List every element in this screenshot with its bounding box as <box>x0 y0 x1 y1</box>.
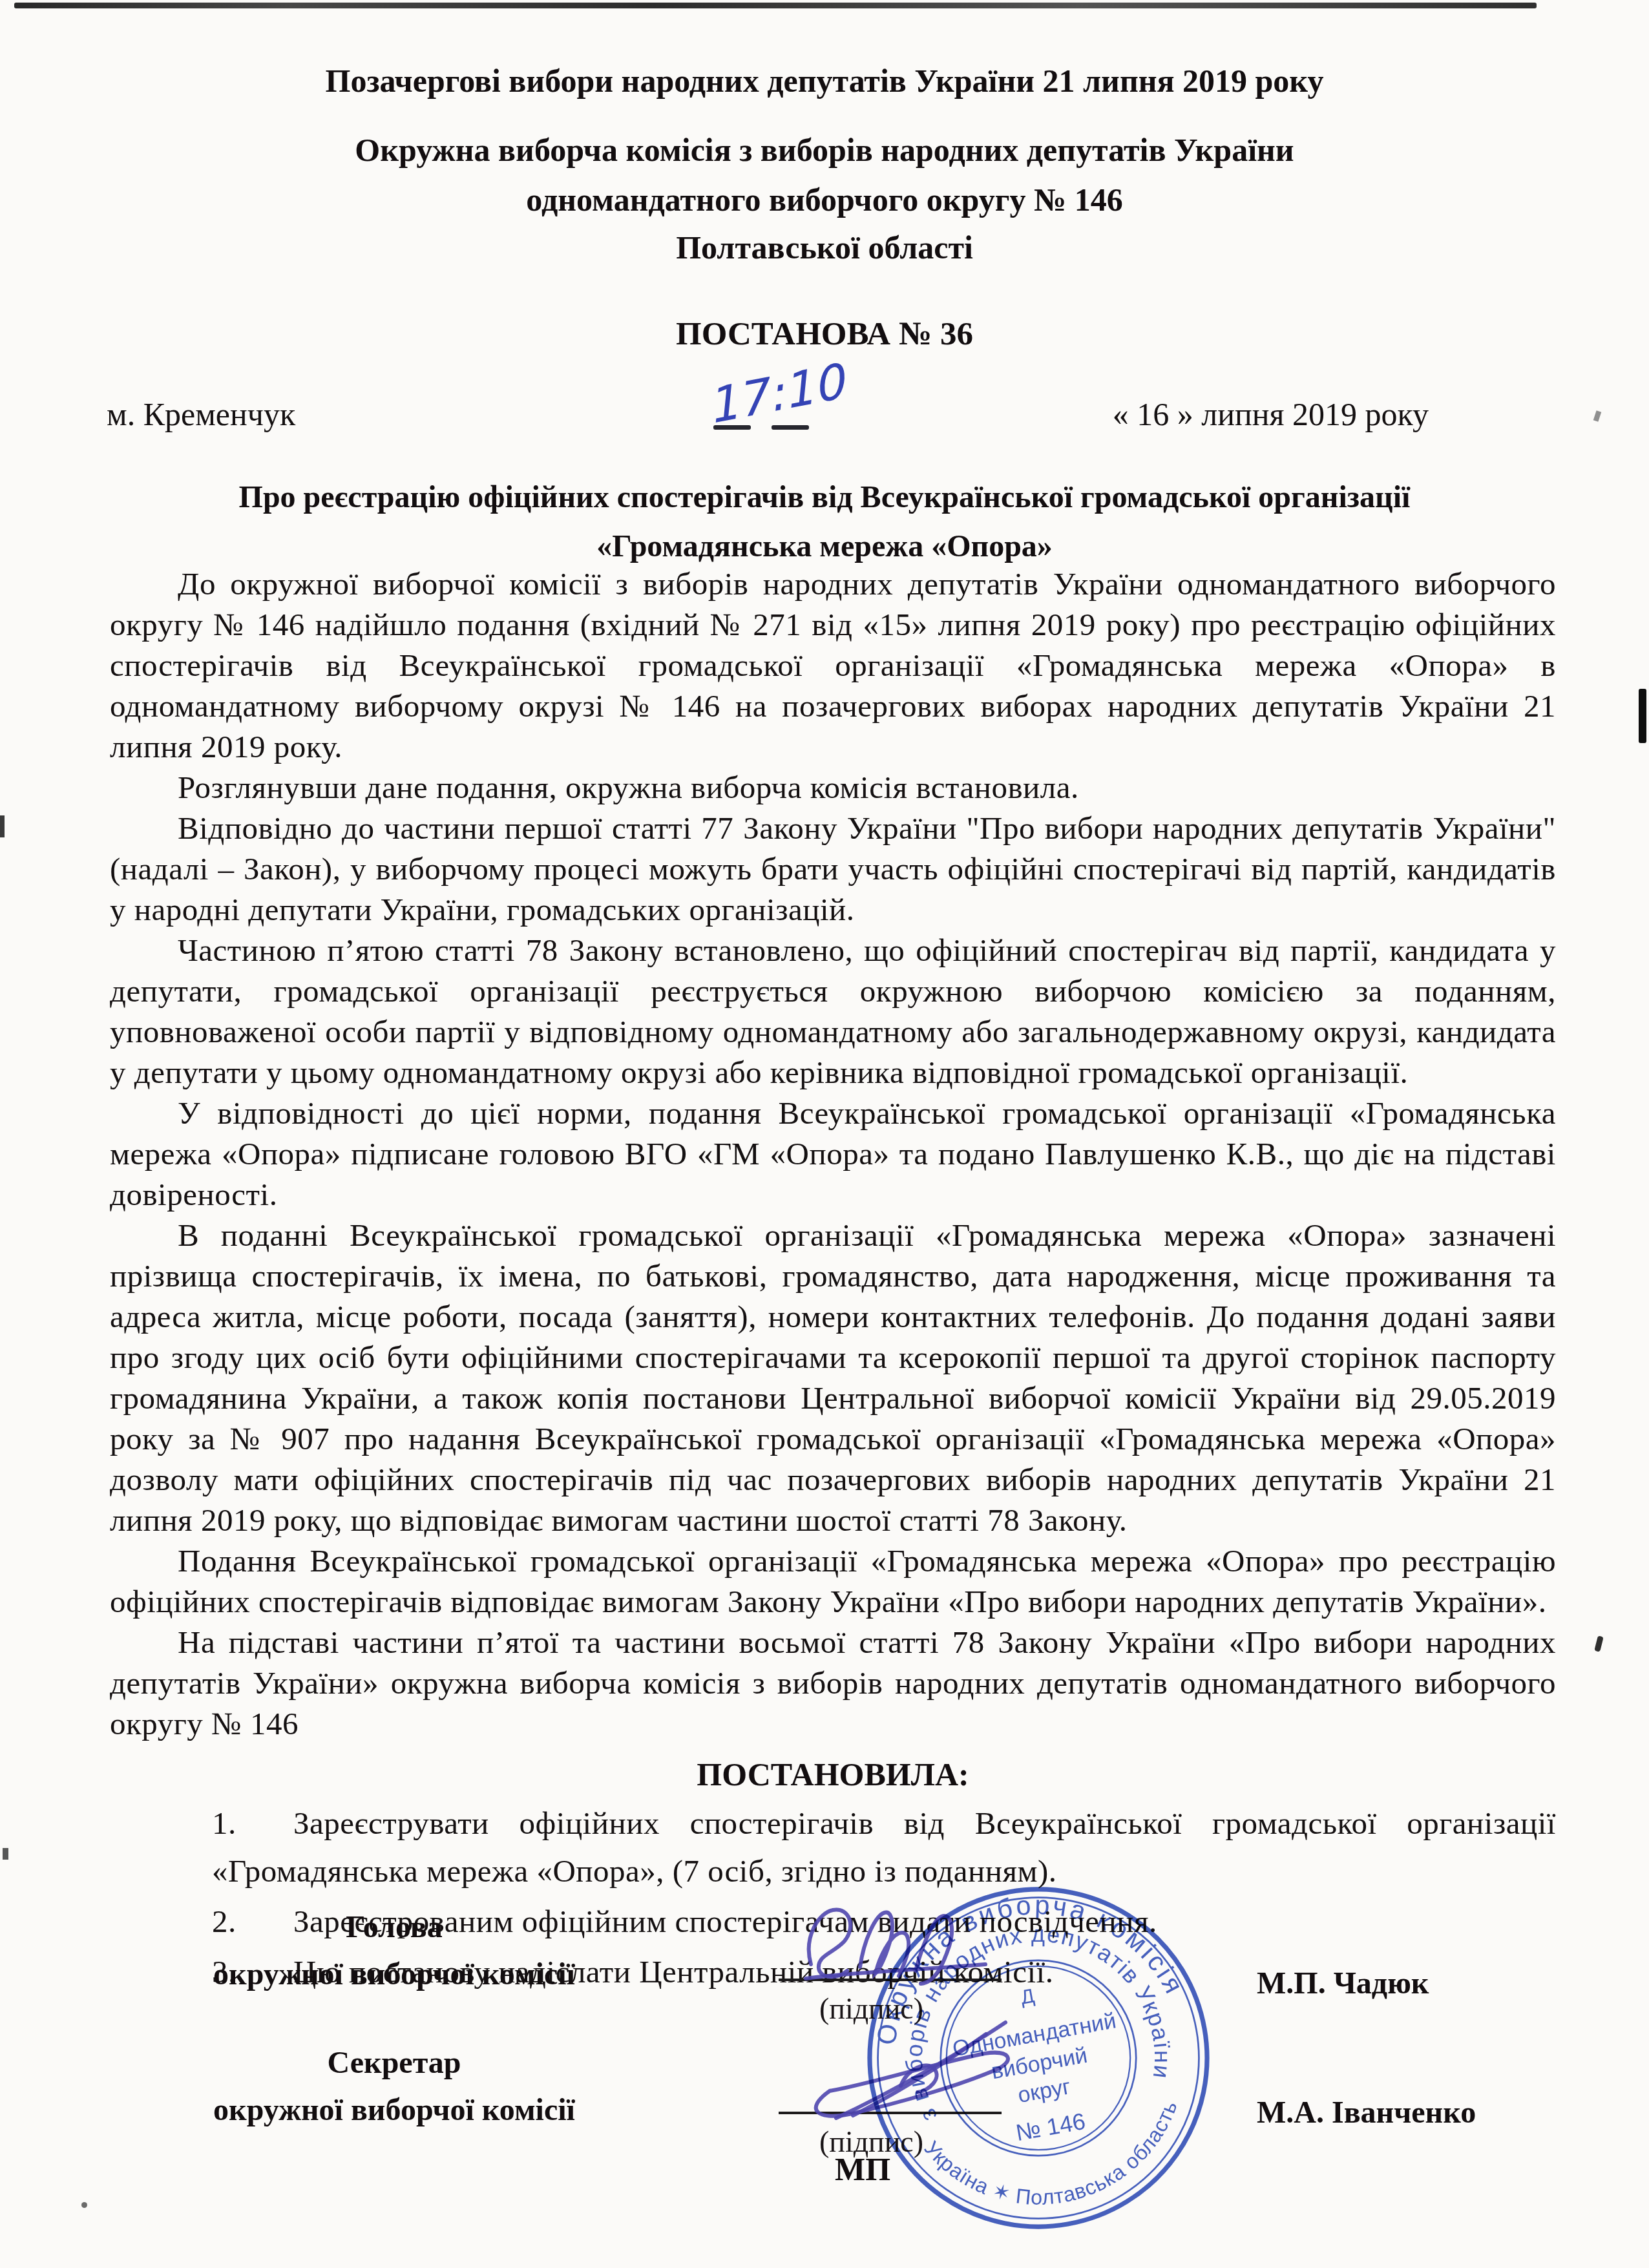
handwritten-time-value: 17:10 <box>710 357 850 431</box>
handwritten-time: 17:10 <box>711 370 853 447</box>
signature-block: Голова окружної виборчої комісії Секрета… <box>0 1893 1649 2268</box>
subject-line1: Про реєстрацію офіційних спостерігачів в… <box>0 479 1649 515</box>
scanned-document-page: Позачергові вибори народних депутатів Ук… <box>0 0 1649 2268</box>
signer-role: Секретар <box>213 2045 575 2081</box>
scan-artifact <box>1639 689 1646 743</box>
handwritten-underline-dash <box>772 425 809 430</box>
scan-artifact <box>3 1848 8 1860</box>
stamp-center-line: округ <box>1016 2074 1073 2108</box>
paragraph: Розглянувши дане подання, окружна виборч… <box>110 767 1556 808</box>
document-body: До окружної виборчої комісії з виборів н… <box>110 563 1556 1999</box>
paragraph: Частиною п’ятою статті 78 Закону встанов… <box>110 930 1556 1093</box>
dateline-city: м. Кременчук <box>107 395 295 433</box>
paragraph: Відповідно до частини першої статті 77 З… <box>110 808 1556 930</box>
resolution-item-number: 1. <box>212 1800 293 1847</box>
resolution-item: 1.Зареєструвати офіційних спостерігачів … <box>212 1800 1556 1895</box>
dateline-date: « 16 » липня 2019 року <box>1113 395 1429 433</box>
signer-role: Голова <box>213 1909 575 1945</box>
scan-artifact <box>1594 1635 1604 1652</box>
official-round-stamp: Окружна виборча комісія з виборів народн… <box>864 1884 1213 2232</box>
subject-line2: «Громадянська мережа «Опора» <box>0 529 1649 564</box>
stamp-graphics: Окружна виборча комісія з виборів народн… <box>864 1884 1213 2232</box>
stamp-center-line: № 146 <box>1014 2108 1087 2146</box>
resolution-title: ПОСТАНОВА № 36 <box>0 315 1649 353</box>
header-region: Полтавської області <box>0 229 1649 266</box>
paragraph: На підставі частини п’ятої та частини во… <box>110 1622 1556 1744</box>
signer-name: М.П. Чадюк <box>1257 1966 1429 2001</box>
resolution-item-text: Зареєструвати офіційних спостерігачів ві… <box>212 1805 1556 1889</box>
scan-artifact <box>1593 410 1602 422</box>
header-election-title: Позачергові вибори народних депутатів Ук… <box>0 62 1649 100</box>
paragraph: До окружної виборчої комісії з виборів н… <box>110 563 1556 767</box>
header-commission-line1: Окружна виборча комісія з виборів народн… <box>0 131 1649 169</box>
paragraph: В поданні Всеукраїнської громадської орг… <box>110 1215 1556 1540</box>
paragraph: У відповідності до цієї норми, подання В… <box>110 1093 1556 1215</box>
scan-artifact <box>0 815 5 837</box>
handwritten-underline-dash <box>713 425 751 430</box>
resolved-heading: ПОСТАНОВИЛА: <box>110 1756 1556 1793</box>
stamp-center-mark: Д <box>1019 1984 1036 2008</box>
paragraph: Подання Всеукраїнської громадської орган… <box>110 1540 1556 1622</box>
signer-role: окружної виборчої комісії <box>213 2092 575 2128</box>
signer-name: М.А. Іванченко <box>1257 2095 1476 2130</box>
header-commission-line2: одномандатного виборчого округу № 146 <box>0 181 1649 218</box>
signer-role: окружної виборчої комісії <box>213 1957 575 1992</box>
scan-artifact <box>14 3 1537 8</box>
